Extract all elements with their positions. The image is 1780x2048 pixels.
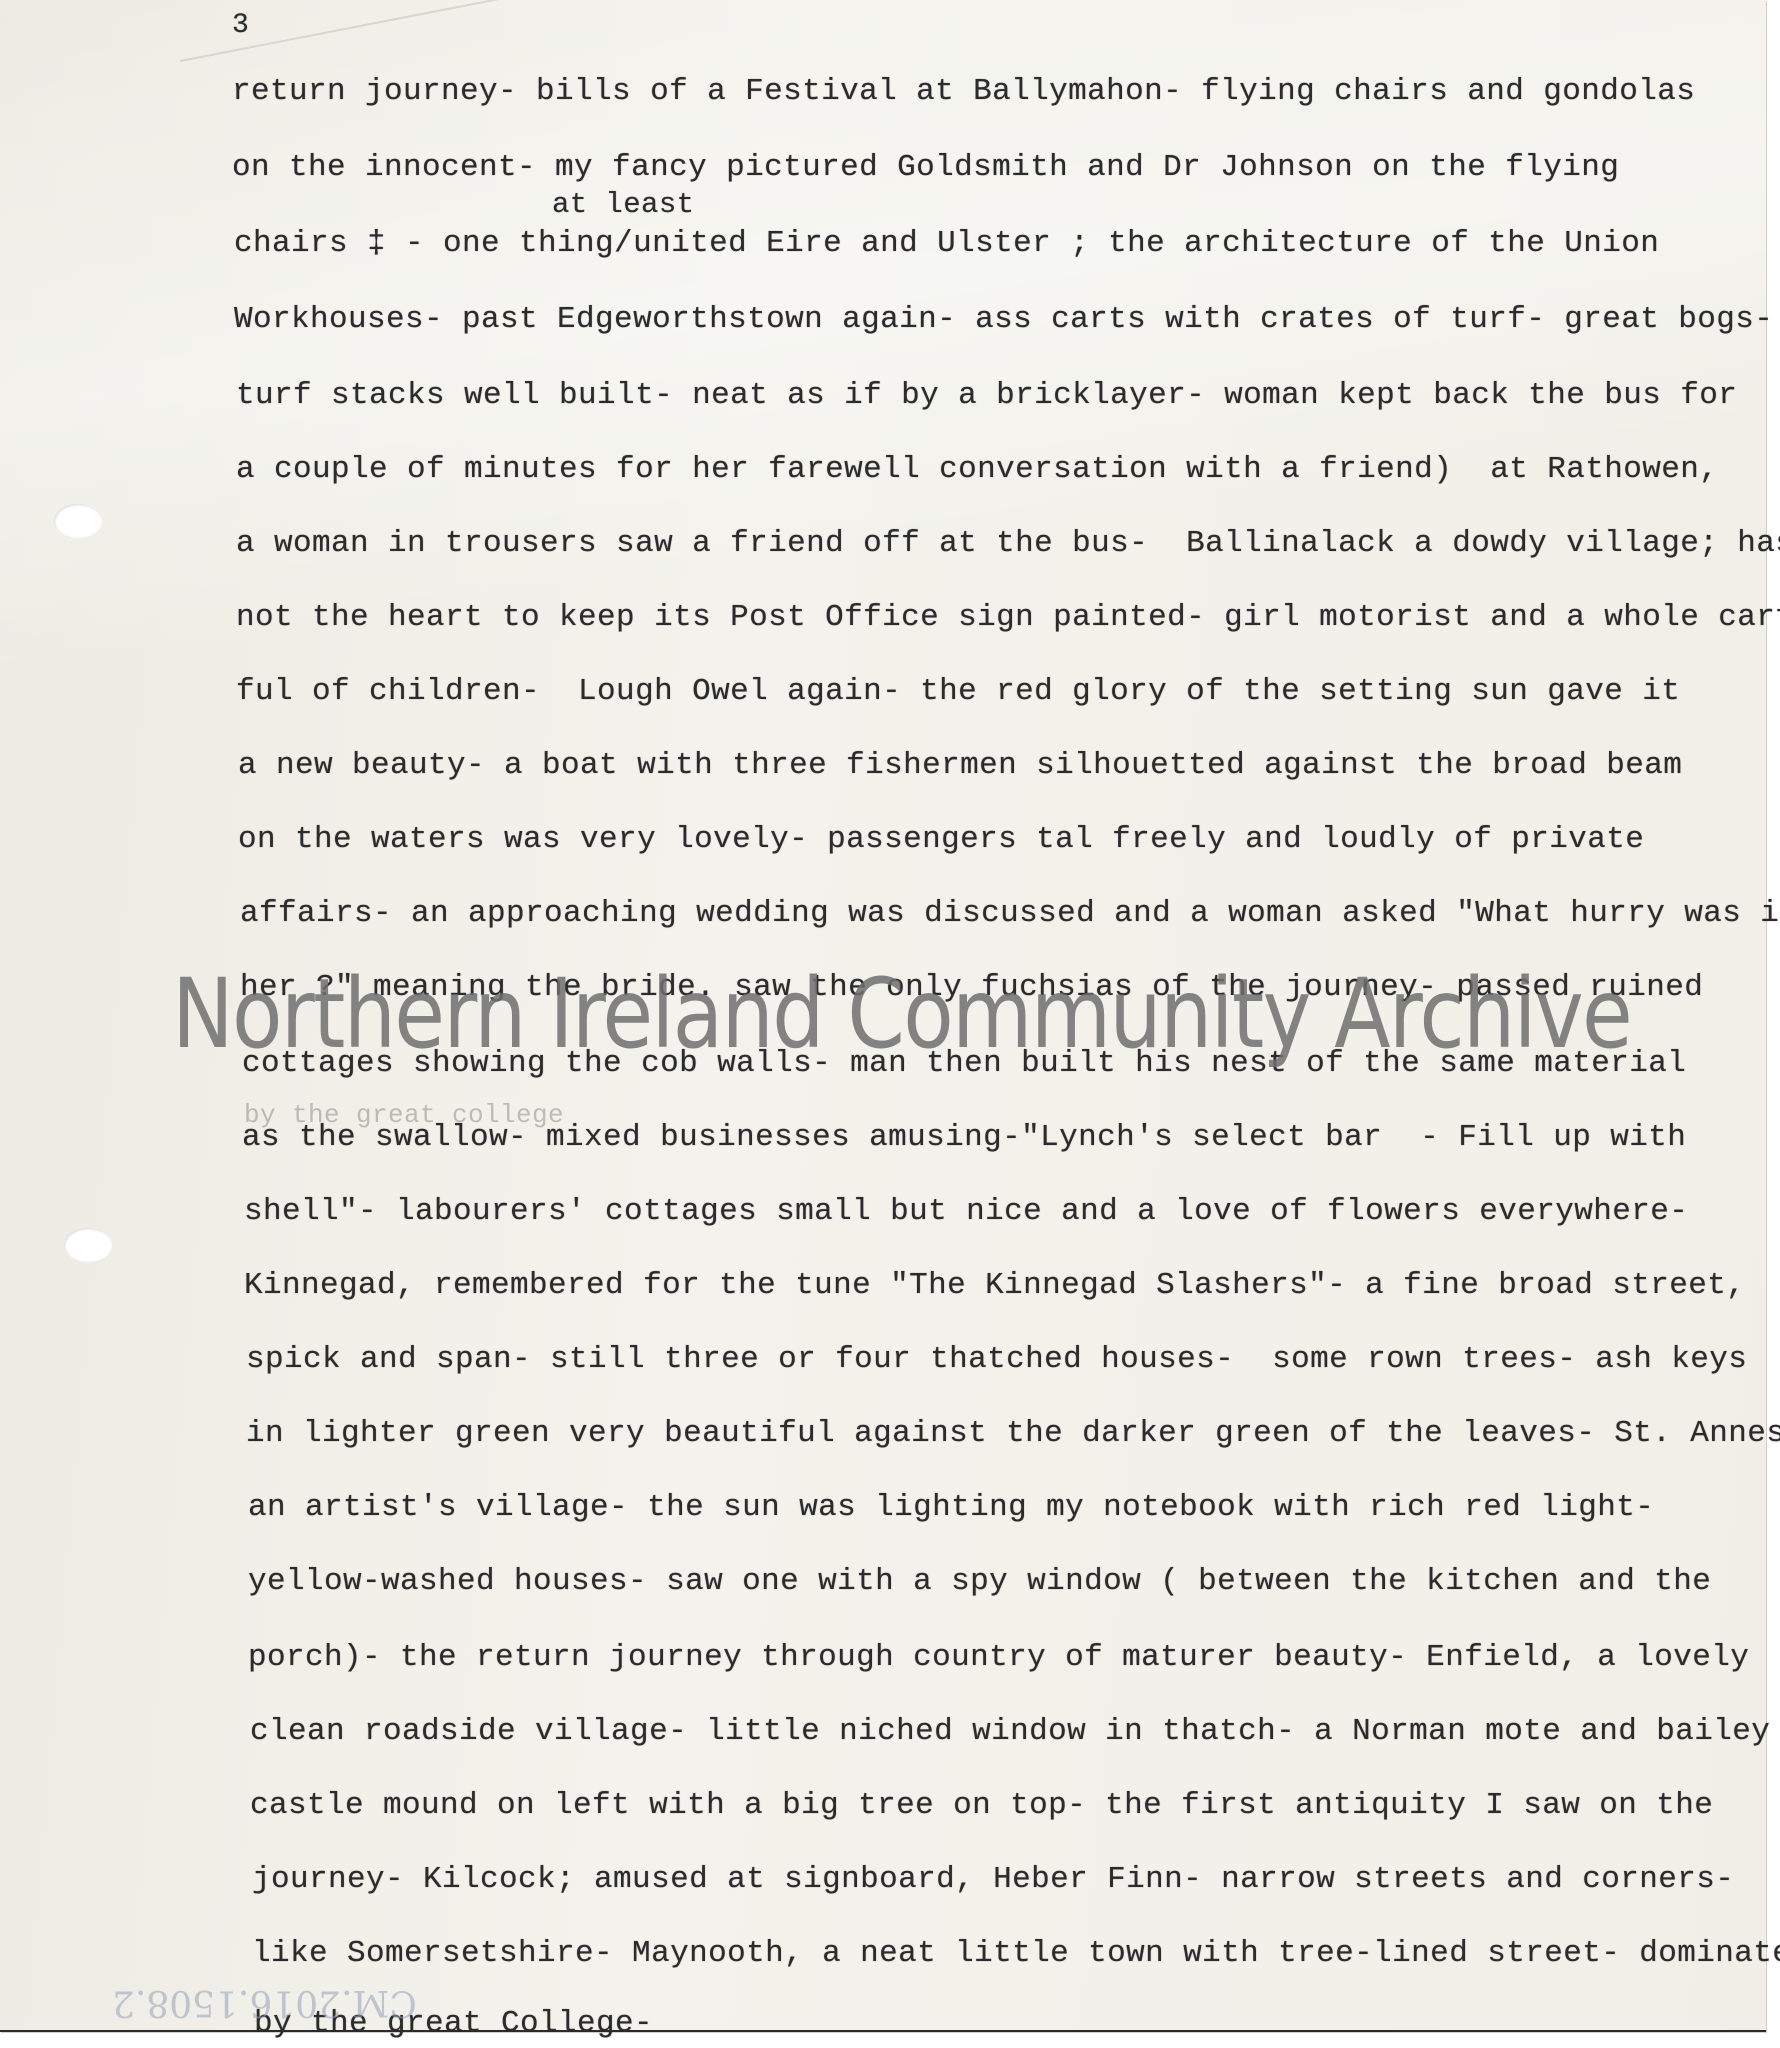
- punch-hole-top: [54, 504, 102, 538]
- text-line-7: a woman in trousers saw a friend off at …: [236, 526, 1780, 561]
- text-line-12: affairs- an approaching wedding was disc…: [240, 896, 1780, 931]
- page-number: 3: [232, 10, 249, 41]
- text-line-5: turf stacks well built- neat as if by a …: [236, 378, 1737, 413]
- text-line-3: chairs ‡ - one thing/united Eire and Uls…: [234, 226, 1659, 261]
- text-line-20: an artist's village- the sun was lightin…: [248, 1490, 1654, 1525]
- text-line-19: in lighter green very beautiful against …: [246, 1416, 1780, 1451]
- text-line-11: on the waters was very lovely- passenger…: [238, 822, 1644, 857]
- handtyped-insertion: at least: [552, 188, 694, 221]
- text-line-8: not the heart to keep its Post Office si…: [236, 600, 1780, 635]
- paper-fold-crease: [180, 0, 1555, 62]
- text-line-1: return journey- bills of a Festival at B…: [232, 74, 1695, 109]
- punch-hole-bottom: [64, 1228, 112, 1262]
- typescript-page: 3 at least return journey- bills of a Fe…: [0, 0, 1766, 2032]
- text-line-25: journey- Kilcock; amused at signboard, H…: [252, 1862, 1734, 1897]
- text-line-21: yellow-washed houses- saw one with a spy…: [248, 1564, 1711, 1599]
- text-line-6: a couple of minutes for her farewell con…: [236, 452, 1718, 487]
- text-line-17: Kinnegad, remembered for the tune "The K…: [244, 1268, 1745, 1303]
- text-line-16: shell"- labourers' cottages small but ni…: [244, 1194, 1688, 1229]
- text-line-10: a new beauty- a boat with three fisherme…: [238, 748, 1682, 783]
- text-line-4: Workhouses- past Edgeworthstown again- a…: [234, 302, 1773, 337]
- text-line-26: like Somersetshire- Maynooth, a neat lit…: [252, 1936, 1780, 1971]
- text-line-18: spick and span- still three or four that…: [246, 1342, 1747, 1377]
- text-line-22: porch)- the return journey through count…: [248, 1640, 1749, 1675]
- text-line-23: clean roadside village- little niched wi…: [250, 1714, 1770, 1749]
- text-line-9: ful of children- Lough Owel again- the r…: [236, 674, 1680, 709]
- text-line-2: on the innocent- my fancy pictured Golds…: [232, 150, 1619, 185]
- text-line-24: castle mound on left with a big tree on …: [250, 1788, 1713, 1823]
- text-line-15: as the swallow- mixed businesses amusing…: [242, 1120, 1686, 1155]
- watermark: Northern Ireland Community Archive: [172, 958, 1631, 1070]
- pencil-archive-number: CM.2016.1508.2: [112, 1982, 417, 2023]
